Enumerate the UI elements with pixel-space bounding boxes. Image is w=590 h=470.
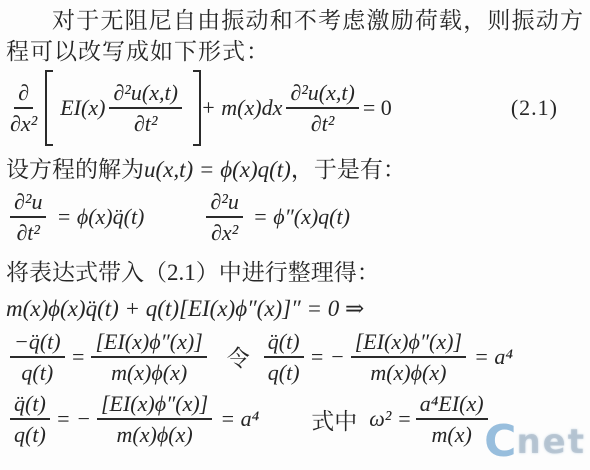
fraction-numerator: q̈(t): [264, 329, 304, 358]
omega-definition: ω² = a⁴EI(x) m(x): [369, 391, 491, 448]
fraction-denominator: m(x): [432, 420, 472, 447]
fraction-d2u-dt2: ∂²u ∂t²: [10, 189, 46, 246]
fraction-numerator: [EI(x)ϕ″(x)]: [97, 391, 212, 420]
fraction-denominator: ∂t²: [134, 109, 158, 136]
equals-a4-term: = a⁴: [474, 344, 513, 370]
fraction-a4ei-over-m: a⁴EI(x) m(x): [416, 391, 488, 448]
final-left-equation: q̈(t) q(t) = − [EI(x)ϕ″(x)] m(x)ϕ(x) = a…: [6, 391, 259, 448]
fraction-numerator: ∂²u: [10, 189, 46, 218]
fraction-denominator: ∂x²: [211, 218, 238, 245]
fraction-denominator: m(x)ϕ(x): [117, 420, 193, 447]
combined-equation: m(x)ϕ(x)q̈(t) + q(t)[EI(x)ϕ″(x)]″ = 0 ⇒: [6, 296, 584, 322]
fraction-numerator: ∂²u(x,t): [109, 80, 182, 109]
separation-right-equation: q̈(t) q(t) = − [EI(x)ϕ″(x)] m(x)ϕ(x) = a…: [260, 329, 513, 386]
fraction-ei-phi-over-mphi: [EI(x)ϕ″(x)] m(x)ϕ(x): [97, 391, 212, 448]
fraction-denominator: ∂x²: [10, 109, 37, 136]
fraction-d2u-dx2: ∂²u ∂x²: [206, 189, 242, 246]
ei-term: EI(x): [60, 95, 105, 121]
fraction-denominator: q(t): [268, 358, 300, 385]
time-derivative-rhs: = ϕ(x)q̈(t): [56, 204, 144, 230]
cn-text-after: ，于是有：: [291, 157, 406, 182]
equals-zero: = 0: [363, 95, 392, 121]
omega-squared-equals: ω² =: [369, 406, 411, 432]
fraction-denominator: ∂t²: [311, 109, 335, 136]
equation-2-1: ∂ ∂x² EI(x) ∂²u(x,t) ∂t² + m(x)dx ∂²u(x,…: [6, 68, 584, 148]
fraction-denominator: m(x)ϕ(x): [370, 358, 446, 385]
fraction-denominator: q(t): [14, 420, 46, 447]
fraction-numerator: q̈(t): [10, 391, 50, 420]
solution-assumption-line: 设方程的解为u(x,t) = ϕ(x)q(t)，于是有：: [6, 151, 584, 184]
fraction-denominator: q(t): [21, 358, 53, 385]
equals-sign: =: [71, 344, 86, 370]
where-label: 式中: [311, 403, 357, 436]
fraction-denominator: m(x)ϕ(x): [111, 358, 187, 385]
equals-a4-term: = a⁴: [220, 406, 259, 432]
fraction-d2u-dt2-bracketed: ∂²u(x,t) ∂t²: [109, 80, 182, 137]
fraction-d2u-dt2-outer: ∂²u(x,t) ∂t²: [286, 80, 359, 137]
left-square-bracket: [45, 70, 53, 146]
fraction-numerator: [EI(x)ϕ″(x)]: [91, 329, 206, 358]
equals-minus-sign: = −: [56, 406, 91, 432]
fraction-ei-phi-over-mphi: [EI(x)ϕ″(x)] m(x)ϕ(x): [351, 329, 466, 386]
fraction-numerator: ∂²u: [206, 189, 242, 218]
final-equation-row: q̈(t) q(t) = − [EI(x)ϕ″(x)] m(x)ϕ(x) = a…: [6, 391, 584, 448]
fraction-qddot-over-q: q̈(t) q(t): [264, 329, 304, 386]
substitution-sentence: 将表达式带入（2.1）中进行整理得：: [6, 254, 584, 287]
let-character: 令: [227, 340, 250, 373]
derivative-equations-row: ∂²u ∂t² = ϕ(x)q̈(t) ∂²u ∂x² = ϕ″(x)q(t): [6, 189, 584, 246]
fraction-numerator: ∂: [14, 80, 33, 109]
space-derivative-rhs: = ϕ″(x)q(t): [253, 204, 350, 230]
equation-number-label: (2.1): [511, 95, 558, 121]
plus-mdx-term: + m(x)dx: [201, 95, 282, 121]
right-square-bracket: [193, 70, 201, 146]
fraction-ei-phi-over-mphi: [EI(x)ϕ″(x)] m(x)ϕ(x): [91, 329, 206, 386]
cn-text-before: 设方程的解为: [6, 157, 144, 182]
document-page: 对于无阻尼自由振动和不考虑激励荷载，则振动方程可以改写成如下形式： ∂ ∂x² …: [0, 0, 590, 470]
fraction-denominator: ∂t²: [16, 218, 40, 245]
fraction-numerator: ∂²u(x,t): [286, 80, 359, 109]
time-derivative-equation: ∂²u ∂t² = ϕ(x)q̈(t): [6, 189, 144, 246]
equals-minus-sign: = −: [310, 344, 345, 370]
separation-row: −q̈(t) q(t) = [EI(x)ϕ″(x)] m(x)ϕ(x) 令 q̈…: [6, 329, 584, 386]
intro-paragraph: 对于无阻尼自由振动和不考虑激励荷载，则振动方程可以改写成如下形式：: [6, 5, 584, 67]
fraction-numerator: −q̈(t): [10, 329, 65, 358]
space-derivative-equation: ∂²u ∂x² = ϕ″(x)q(t): [202, 189, 350, 246]
separation-left-equation: −q̈(t) q(t) = [EI(x)ϕ″(x)] m(x)ϕ(x): [6, 329, 211, 386]
fraction-numerator: [EI(x)ϕ″(x)]: [351, 329, 466, 358]
fraction-qddot-over-q: q̈(t) q(t): [10, 391, 50, 448]
fraction-numerator: a⁴EI(x): [416, 391, 488, 420]
fraction-d-dx2: ∂ ∂x²: [10, 80, 37, 137]
solution-expression: u(x,t) = ϕ(x)q(t): [144, 157, 291, 182]
fraction-neg-qddot-over-q: −q̈(t) q(t): [10, 329, 65, 386]
